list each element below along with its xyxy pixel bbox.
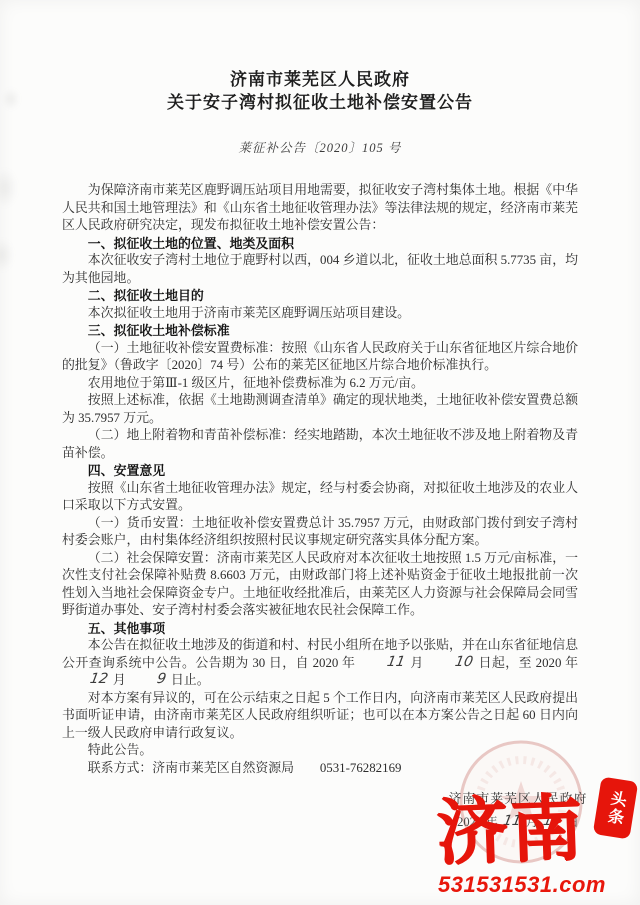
document-paragraph: 农用地位于第Ⅲ-1 级区片，征地补偿费标准为 6.2 万元/亩。	[62, 375, 578, 393]
scan-artifact	[0, 238, 14, 272]
handwritten-date-number: 10	[426, 654, 477, 672]
document-paragraph: 为保障济南市莱芜区鹿野调压站项目用地需要，拟征收安子湾村集体土地。根据《中华人民…	[62, 182, 578, 235]
document-paragraph: 本次征收安子湾村土地位于鹿野村以西，004 乡道以北，征收土地总面积 5.773…	[62, 252, 578, 287]
scan-artifact	[0, 168, 18, 208]
text-segment: 日止。	[168, 673, 210, 687]
section-heading: 三、拟征收土地补偿标准	[62, 322, 578, 340]
document-number: 莱征补公告〔2020〕105 号	[62, 138, 578, 156]
document-paragraph: （一）土地征收补偿安置费标准：按照《山东省人民政府关于山东省征地区片综合地价的批…	[62, 340, 578, 375]
document-paragraph: 按照上述标准，依据《土地勘测调查清单》确定的现状地类，土地征收补偿安置费总额为 …	[62, 392, 578, 427]
signature-block: 济南市莱芜区人民政府 2020 年 11 月 10 日	[428, 788, 608, 830]
handwritten-date-number: 11	[500, 813, 525, 829]
section-heading: 五、其他事项	[62, 620, 578, 638]
signature-date: 2020 年 11 月 10 日	[428, 812, 608, 830]
document-paragraph: 对本方案有异议的，可在公示结束之日起 5 个工作日内，向济南市莱芜区人民政府提出…	[62, 690, 578, 743]
handwritten-date-number: 11	[358, 654, 409, 672]
handwritten-date-number: 9	[128, 671, 170, 689]
document-title: 济南市莱芜区人民政府 关于安子湾村拟征收土地补偿安置公告	[62, 68, 578, 114]
document-paragraph: （二）社会保障安置：济南市莱芜区人民政府对本次征收土地按照 1.5 万元/亩标准…	[62, 550, 578, 620]
document-title-line1: 济南市莱芜区人民政府	[62, 68, 578, 91]
text-segment: 日	[563, 815, 579, 829]
watermark-url: 531531531.com	[437, 872, 607, 898]
text-segment: 2020 年	[457, 815, 501, 829]
text-segment: 日起，至 2020 年	[475, 656, 578, 670]
document-paragraph: （二）地上附着物和青苗补偿标准：经实地踏勘，本次土地征收不涉及地上附着物及青苗补…	[62, 427, 578, 462]
section-heading: 四、安置意见	[62, 462, 578, 480]
document-paragraph: 按照《山东省土地征收管理办法》规定，经与村委会协商，对拟征收土地涉及的农业人口采…	[62, 480, 578, 515]
text-segment: 月	[523, 815, 542, 829]
signature-issuer: 济南市莱芜区人民政府	[428, 788, 608, 807]
document-paragraph: 本公告在拟征收土地涉及的街道和村、村民小组所在地予以张贴，并在山东省征地信息公开…	[62, 637, 578, 690]
text-segment: 月	[110, 673, 129, 687]
scan-artifact	[2, 88, 20, 110]
document-body: 为保障济南市莱芜区鹿野调压站项目用地需要，拟征收安子湾村集体土地。根据《中华人民…	[62, 182, 578, 777]
handwritten-date-number: 12	[61, 671, 112, 689]
text-segment: 月	[407, 656, 428, 670]
document-content: 济南市莱芜区人民政府 关于安子湾村拟征收土地补偿安置公告 莱征补公告〔2020〕…	[0, 0, 640, 777]
handwritten-date-number: 10	[540, 813, 565, 829]
section-heading: 一、拟征收土地的位置、地类及面积	[62, 235, 578, 253]
document-paragraph: 本次拟征收土地用于济南市莱芜区鹿野调压站项目建设。	[62, 305, 578, 323]
document-paragraph: （一）货币安置：土地征收补偿安置费总计 35.7957 万元，由财政部门拨付到安…	[62, 515, 578, 550]
document-title-line2: 关于安子湾村拟征收土地补偿安置公告	[62, 91, 578, 114]
document-page: 济南市莱芜区人民政府 关于安子湾村拟征收土地补偿安置公告 莱征补公告〔2020〕…	[0, 0, 640, 905]
section-heading: 二、拟征收土地目的	[62, 287, 578, 305]
